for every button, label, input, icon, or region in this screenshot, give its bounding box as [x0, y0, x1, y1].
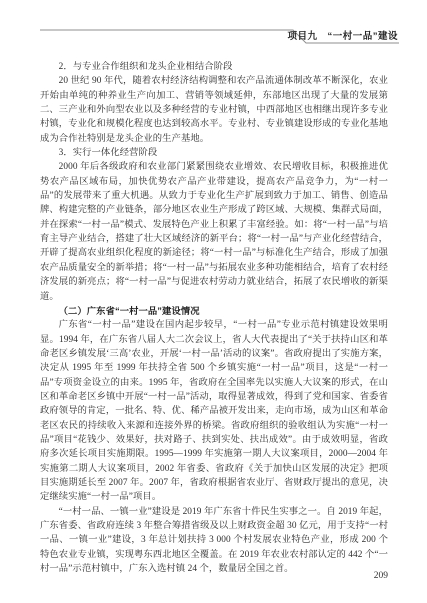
page-number: 209: [374, 571, 388, 581]
page-header: 项目九 “一村一品”建设: [0, 0, 427, 50]
document-page: 项目九 “一村一品”建设 2．与专业合作组织和龙头企业相结合阶段 20 世纪 9…: [0, 0, 427, 603]
subheading-stage2: 2．与专业合作组织和龙头企业相结合阶段: [40, 60, 388, 74]
subheading-stage3: 3．实行一体化经营阶段: [40, 146, 388, 160]
paragraph-guangdong-history: 广东省“一村一品”建设在国内起步较早，“一村一品”专业示范村镇建设效果明显。19…: [40, 318, 388, 504]
paragraph-guangdong-2019: “一村一品、一镇一业”建设是 2019 年广东省十件民生实事之一。自 2019 …: [40, 505, 388, 577]
paragraph-stage2: 20 世纪 90 年代，随着农村经济结构调整和农产品流通体制改革不断深化，农业开…: [40, 74, 388, 146]
page-content: 2．与专业合作组织和龙头企业相结合阶段 20 世纪 90 年代，随着农村经济结构…: [40, 60, 388, 576]
running-head: 项目九 “一村一品”建设: [287, 31, 398, 42]
header-rule: [0, 0, 427, 50]
paragraph-stage3: 2000 年后各级政府和农业部门紧紧围绕农业增效、农民增收目标，积极推进优势农产…: [40, 160, 388, 303]
section-heading-guangdong: （二）广东省“一村一品”建设情况: [40, 304, 388, 318]
